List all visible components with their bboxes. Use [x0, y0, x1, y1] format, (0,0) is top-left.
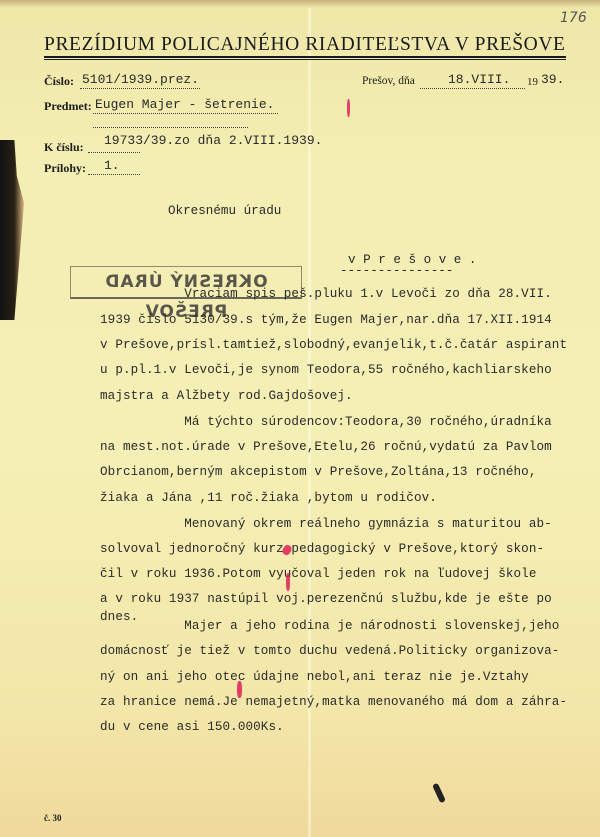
- letterhead-title: PREZÍDIUM POLICAJNÉHO RIADITEĽSTVA V PRE…: [44, 34, 566, 56]
- prilohy-value: 1.: [104, 158, 120, 173]
- letterhead-rule: [44, 56, 566, 58]
- predmet-value: Eugen Majer - šetrenie.: [95, 97, 274, 112]
- place-date-label: Prešov, dňa: [362, 75, 415, 87]
- body-line: Obrcianom,berným akcepistom v Prešove,Zo…: [100, 465, 536, 479]
- cislo-value: 5101/1939.prez.: [82, 72, 199, 87]
- year-value: 39.: [541, 72, 564, 87]
- body-line: ný on ani jeho otec údajne nebol,ani ter…: [100, 670, 529, 684]
- red-mark: [347, 99, 350, 117]
- date-dotted-line: [420, 88, 525, 89]
- predmet-dotted-line-2: [93, 127, 248, 128]
- document-page: 176 PREZÍDIUM POLICAJNÉHO RIADITEĽSTVA V…: [0, 0, 600, 837]
- red-mark: [237, 681, 242, 698]
- body-line: Menovaný okrem reálneho gymnázia s matur…: [100, 517, 552, 531]
- body-line: domácnosť je tiež v tomto duchu vedená.P…: [100, 644, 559, 658]
- red-mark: [286, 573, 290, 591]
- cislo-dotted-line: [80, 88, 200, 89]
- letterhead-rule-thin: [44, 59, 566, 60]
- body-line: u p.pl.1.v Levoči,je synom Teodora,55 ro…: [100, 363, 552, 377]
- k-cislu-label: K číslu:: [44, 140, 84, 155]
- predmet-dotted-line: [93, 113, 278, 114]
- predmet-label: Predmet:: [44, 99, 92, 114]
- body-line: v Prešove,prísl.tamtiež,slobodný,evanjel…: [100, 338, 567, 352]
- addressee-line-1: Okresnému úradu: [168, 204, 281, 218]
- body-line: čil v roku 1936.Potom vyučoval jeden rok…: [100, 567, 536, 581]
- body-line: Má týchto súrodencov:Teodora,30 ročného,…: [100, 415, 552, 429]
- body-line: 1939 číslo 5130/39.s tým,že Eugen Majer,…: [100, 313, 552, 327]
- form-code: č. 30: [44, 813, 62, 823]
- body-line: du v cene asi 150.000Ks.: [100, 720, 284, 734]
- body-line: Vraciam spis peš.pluku 1.v Levoči zo dňa…: [100, 287, 552, 301]
- body-line: solvoval jednoročný kurz pedagogický v P…: [100, 542, 544, 556]
- prilohy-dotted-line: [88, 174, 140, 175]
- body-line: majstra a Alžbety rod.Gajdošovej.: [100, 389, 353, 403]
- k-cislu-value: 19733/39.zo dňa 2.VIII.1939.: [104, 133, 322, 148]
- date-value: 18.VIII.: [448, 72, 510, 87]
- k-cislu-dotted-line: [88, 152, 140, 153]
- folio-number: 176: [560, 10, 587, 26]
- addressee-underline: ---------------: [340, 264, 453, 278]
- paper-top-edge: [0, 0, 600, 8]
- pen-mark: [432, 783, 446, 804]
- body-line: na mest.not.úrade v Prešove,Etelu,26 roč…: [100, 440, 552, 454]
- cislo-label: Číslo:: [44, 74, 74, 89]
- torn-edge: [0, 140, 24, 320]
- body-line: za hranice nemá.Je nemajetný,matka menov…: [100, 695, 567, 709]
- body-line: žiaka a Jána ,11 roč.žiaka ,bytom u rodi…: [100, 491, 437, 505]
- year-prefix: 19: [527, 76, 538, 88]
- body-line: Majer a jeho rodina je národnosti sloven…: [100, 619, 559, 633]
- prilohy-label: Prílohy:: [44, 161, 86, 176]
- body-line: a v roku 1937 nastúpil voj.perezenčnú sl…: [100, 592, 552, 606]
